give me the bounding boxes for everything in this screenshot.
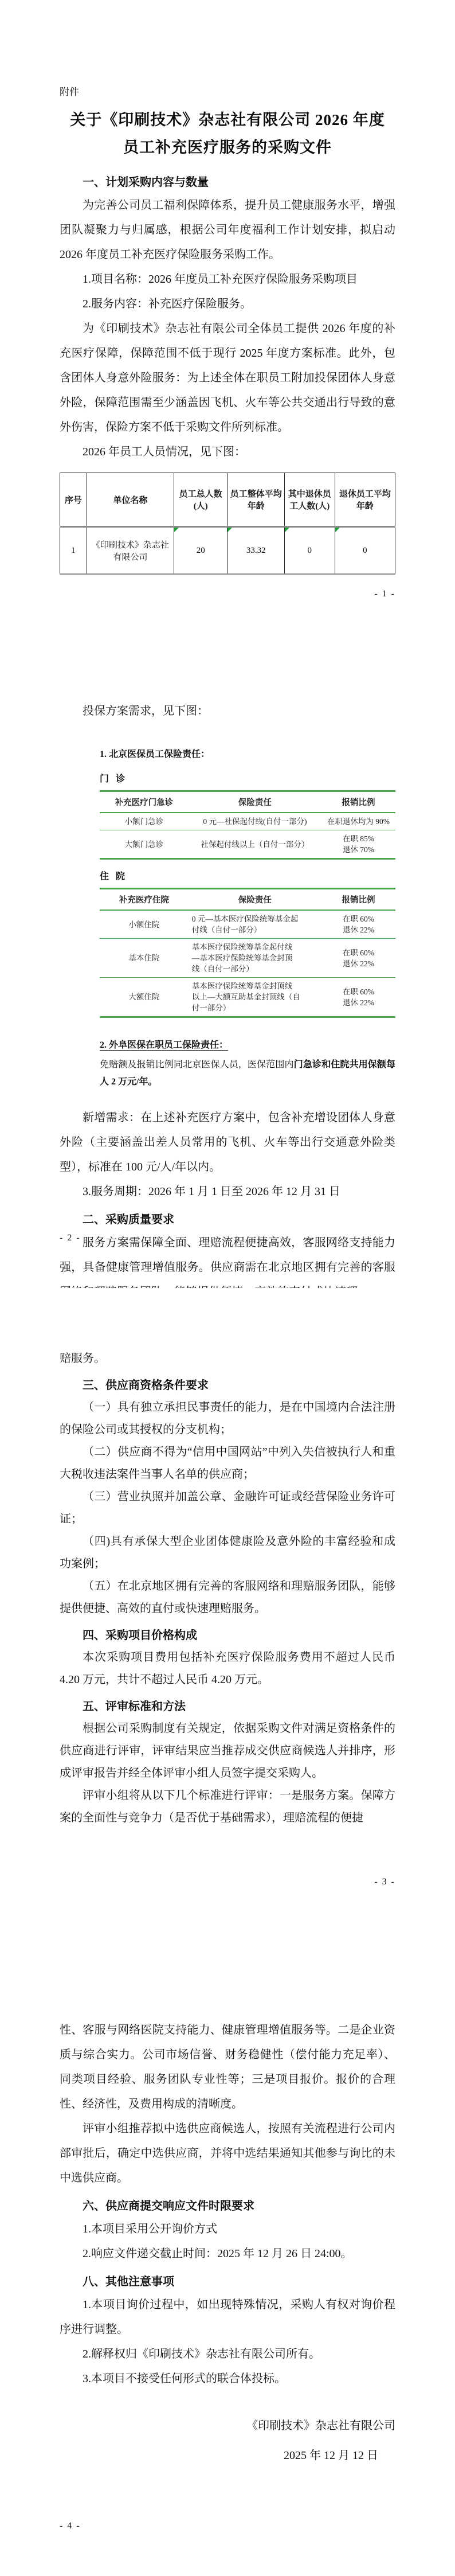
paragraph-quality-continued: 赔服务。 <box>60 1348 395 1370</box>
attachment-label: 附件 <box>60 84 395 98</box>
note-normal-text: 免赔额及报销比例同北京医保人员，医保范围内 <box>100 1060 294 1070</box>
page-number: - 3 - <box>374 1877 395 1887</box>
col-inpatient-type: 补充医疗住院 <box>100 889 189 911</box>
document-title-line2: 员工补充医疗服务的采购文件 <box>60 134 395 161</box>
document-title-line1: 关于《印刷技术》杂志社有限公司 2026 年度 <box>60 106 395 134</box>
cell-retired: 0 <box>284 527 335 575</box>
procurement-document: 附件 关于《印刷技术》杂志社有限公司 2026 年度 员工补充医疗服务的采购文件… <box>0 0 455 2576</box>
qualification-item-4: （四)具有承保大型企业团体健康险及意外险的丰富经验和成功案例； <box>60 1531 395 1575</box>
cell-unit: 《印刷技术》杂志社有限公司 <box>87 527 174 575</box>
outpatient-cell: 大额门急诊 <box>100 830 189 859</box>
signature-block: 《印刷技术》杂志社有限公司 2025 年 12 月 12 日 <box>60 2411 395 2470</box>
cell-marker-icon <box>335 528 340 532</box>
employee-table-header-row: 序号 单位名称 员工总人数(人) 员工整体平均年龄 其中退休员工人数(人) 退休… <box>60 473 395 527</box>
cell-marker-icon <box>174 528 179 532</box>
employee-table: 序号 单位名称 员工总人数(人) 员工整体平均年龄 其中退休员工人数(人) 退休… <box>60 473 395 575</box>
cell-marker-icon <box>285 528 289 532</box>
paragraph-decision: 评审小组推荐拟中选供应商候选人，按照有关流程进行公司内部审批后，确定中选供应商，… <box>60 2117 395 2191</box>
qualification-item-3: （三）营业执照并加盖公章、金融许可证或经营保险业务许可证； <box>60 1486 395 1531</box>
paragraph-review-continued: 性、客服与网络医院支持能力、健康管理增值服务等。二是企业资质与综合实力。公司市场… <box>60 2018 395 2117</box>
page-number: - 2 - <box>60 1233 81 1243</box>
page-3: 赔服务。 三、供应商资格条件要求 （一）具有独立承担民事责任的能力，是在中国境内… <box>0 1288 455 1932</box>
qualification-item-5: （五）在北京地区拥有完善的客服网络和理赔服务团队，能够提供便捷、高效的直付或快速… <box>60 1575 395 1620</box>
subsection-beijing-medical: 1. 北京医保员工保险责任： <box>100 747 395 760</box>
notice-item-1: 1.本项目询价过程中，如出现特殊情况，采购人有权对询价程序进行调整。 <box>60 2293 395 2342</box>
col-outpatient-liability: 保险责任 <box>189 791 321 813</box>
col-header-retired: 其中退休员工人数(人) <box>284 473 335 527</box>
notice-item-2: 2.解释权归《印刷技术》杂志社有限公司所有。 <box>60 2342 395 2367</box>
cell-unit-value: 《印刷技术》杂志社有限公司 <box>92 541 169 562</box>
paragraph-plan-request: 投保方案需求，见下图： <box>60 699 395 724</box>
subsection-nonlocal-medical: 2. 外阜医保在职员工保险责任： <box>100 1037 395 1051</box>
paragraph-review-2: 评审小组将从以下几个标准进行评审：一是服务方案。保障方案的全面性与竞争力（是否优… <box>60 1785 395 1829</box>
cell-retired-age: 0 <box>335 527 395 575</box>
paragraph-new-requirement: 新增需求：在上述补充医疗方案中，包含补充增设团体人身意外险（主要涵盖出差人员常用… <box>60 1106 395 1180</box>
inpatient-row: 小额住院 0 元—基本医疗保险统筹基金起 付线（自付一部分） 在职 60% 退休… <box>100 910 395 939</box>
section-heading-3: 三、供应商资格条件要求 <box>60 1377 395 1394</box>
paragraph-coverage: 为《印刷技术》杂志社有限公司全体员工提供 2026 年度的补充医疗保障，保障范围… <box>60 317 395 440</box>
outpatient-row: 小额门急诊 0 元—社保起付线(自付一部分) 在职退休均为 90% <box>100 813 395 830</box>
col-inpatient-ratio: 报销比例 <box>321 889 395 911</box>
cell-retired-value: 0 <box>308 546 312 555</box>
inpatient-header-row: 补充医疗住院 保险责任 报销比例 <box>100 889 395 911</box>
outpatient-cell: 在职 85% 退休 70% <box>321 830 395 859</box>
qualification-item-2: （二）供应商不得为“信用中国网站”中列入失信被执行人和重大税收违法案件当事人名单… <box>60 1441 395 1486</box>
col-header-unit: 单位名称 <box>87 473 174 527</box>
outpatient-cell: 在职退休均为 90% <box>321 813 395 830</box>
inpatient-cell: 在职 60% 退休 22% <box>321 910 395 939</box>
label-inpatient: 住 院 <box>100 869 395 882</box>
section-heading-1: 一、计划采购内容与数量 <box>60 174 395 191</box>
paragraph-staff-intro: 2026 年员工人员情况，见下图： <box>60 440 395 465</box>
outpatient-row: 大额门急诊 社保起付线以上（自付一部分） 在职 85% 退休 70% <box>100 830 395 859</box>
outpatient-cell: 社保起付线以上（自付一部分） <box>189 830 321 859</box>
col-outpatient-type: 补充医疗门急诊 <box>100 791 189 813</box>
page-number: - 4 - <box>60 2521 81 2531</box>
inpatient-table: 补充医疗住院 保险责任 报销比例 小额住院 0 元—基本医疗保险统筹基金起 付线… <box>100 888 395 1018</box>
inpatient-cell: 基本医疗保险统筹基金起付线 —基本医疗保险统筹基金封顶 线（自付一部分） <box>189 939 321 978</box>
section-heading-5: 五、评审标准和方法 <box>60 1698 395 1715</box>
section-heading-8: 八、其他注意事项 <box>60 2273 395 2290</box>
page-number: - 1 - <box>374 589 395 599</box>
cell-marker-icon <box>227 528 232 532</box>
inpatient-row: 基本住院 基本医疗保险统筹基金起付线 —基本医疗保险统筹基金封顶 线（自付一部分… <box>100 939 395 978</box>
paragraph-service-content: 2.服务内容：补充医疗保险服务。 <box>60 292 395 317</box>
page-2: 投保方案需求，见下图： 1. 北京医保员工保险责任： 门 诊 补充医疗门急诊 保… <box>0 644 455 1288</box>
inpatient-cell: 大额住院 <box>100 978 189 1017</box>
inpatient-row: 大额住院 基本医疗保险统筹基金封顶线 以上—大额互助基金封顶线（自 付一部分） … <box>100 978 395 1017</box>
page-1: 附件 关于《印刷技术》杂志社有限公司 2026 年度 员工补充医疗服务的采购文件… <box>0 0 455 644</box>
outpatient-header-row: 补充医疗门急诊 保险责任 报销比例 <box>100 791 395 813</box>
employee-table-row: 1 《印刷技术》杂志社有限公司 20 33.32 0 0 <box>60 527 395 575</box>
inpatient-cell: 在职 60% 退休 22% <box>321 939 395 978</box>
paragraph-review-1: 根据公司采购制度有关规定，依据采购文件对满足资格条件的供应商进行评审，评审结果应… <box>60 1718 395 1785</box>
paragraph-quality: 服务方案需保障全面、理赔流程便捷高效，客服网络支持能力强，具备健康管理增值服务。… <box>60 1231 395 1288</box>
cell-avg-age: 33.32 <box>227 527 284 575</box>
paragraph-price: 本次采购项目费用包括补充医疗保险服务费用不超过人民币 4.20 万元，共计不超过… <box>60 1646 395 1691</box>
cell-index: 1 <box>60 527 87 575</box>
signature-company: 《印刷技术》杂志社有限公司 <box>60 2411 395 2441</box>
note-deductible: 免赔额及报销比例同北京医保人员，医保范围内门急诊和住院共用保额每人 2 万元/年… <box>100 1056 395 1091</box>
notice-item-3: 3.本项目不接受任何形式的联合体投标。 <box>60 2367 395 2391</box>
paragraph-service-period: 3.服务周期：2026 年 1 月 1 日至 2026 年 12 月 31 日 <box>60 1180 395 1204</box>
col-header-index: 序号 <box>60 473 87 527</box>
page-4: 性、客服与网络医院支持能力、健康管理增值服务等。二是企业资质与综合实力。公司市场… <box>0 1932 455 2576</box>
col-header-total: 员工总人数(人) <box>174 473 227 527</box>
section-heading-6: 六、供应商提交响应文件时限要求 <box>60 2198 395 2215</box>
cell-index-value: 1 <box>71 546 76 555</box>
col-header-avg-age: 员工整体平均年龄 <box>227 473 284 527</box>
section-heading-2: 二、采购质量要求 <box>60 1211 395 1228</box>
paragraph-project-name: 1.项目名称：2026 年度员工补充医疗保险服务采购项目 <box>60 267 395 292</box>
inpatient-cell: 小额住院 <box>100 910 189 939</box>
signature-date: 2025 年 12 月 12 日 <box>60 2441 395 2470</box>
outpatient-cell: 小额门急诊 <box>100 813 189 830</box>
col-outpatient-ratio: 报销比例 <box>321 791 395 813</box>
inpatient-cell: 基本医疗保险统筹基金封顶线 以上—大额互助基金封顶线（自 付一部分） <box>189 978 321 1017</box>
col-inpatient-liability: 保险责任 <box>189 889 321 911</box>
deadline-item-2: 2.响应文件递交截止时间：2025 年 12 月 26 日 24:00。 <box>60 2242 395 2266</box>
section-heading-4: 四、采购项目价格构成 <box>60 1627 395 1644</box>
inpatient-cell: 基本住院 <box>100 939 189 978</box>
paragraph-plan: 为完善公司员工福利保障体系，提升员工健康服务水平，增强团队凝聚力与归属感，根据公… <box>60 193 395 267</box>
inpatient-cell: 在职 60% 退休 22% <box>321 978 395 1017</box>
qualification-item-1: （一）具有独立承担民事责任的能力，是在中国境内合法注册的保险公司或其授权的分支机… <box>60 1396 395 1441</box>
outpatient-table: 补充医疗门急诊 保险责任 报销比例 小额门急诊 0 元—社保起付线(自付一部分)… <box>100 790 395 860</box>
inpatient-cell: 0 元—基本医疗保险统筹基金起 付线（自付一部分） <box>189 910 321 939</box>
label-outpatient: 门 诊 <box>100 771 395 784</box>
cell-total-value: 20 <box>197 546 205 555</box>
outpatient-cell: 0 元—社保起付线(自付一部分) <box>189 813 321 830</box>
col-header-retired-age: 退休员工平均年龄 <box>335 473 395 527</box>
cell-retired-age-value: 0 <box>363 546 367 555</box>
cell-total: 20 <box>174 527 227 575</box>
deadline-item-1: 1.本项目采用公开询价方式 <box>60 2217 395 2242</box>
cell-avg-age-value: 33.32 <box>246 546 266 555</box>
